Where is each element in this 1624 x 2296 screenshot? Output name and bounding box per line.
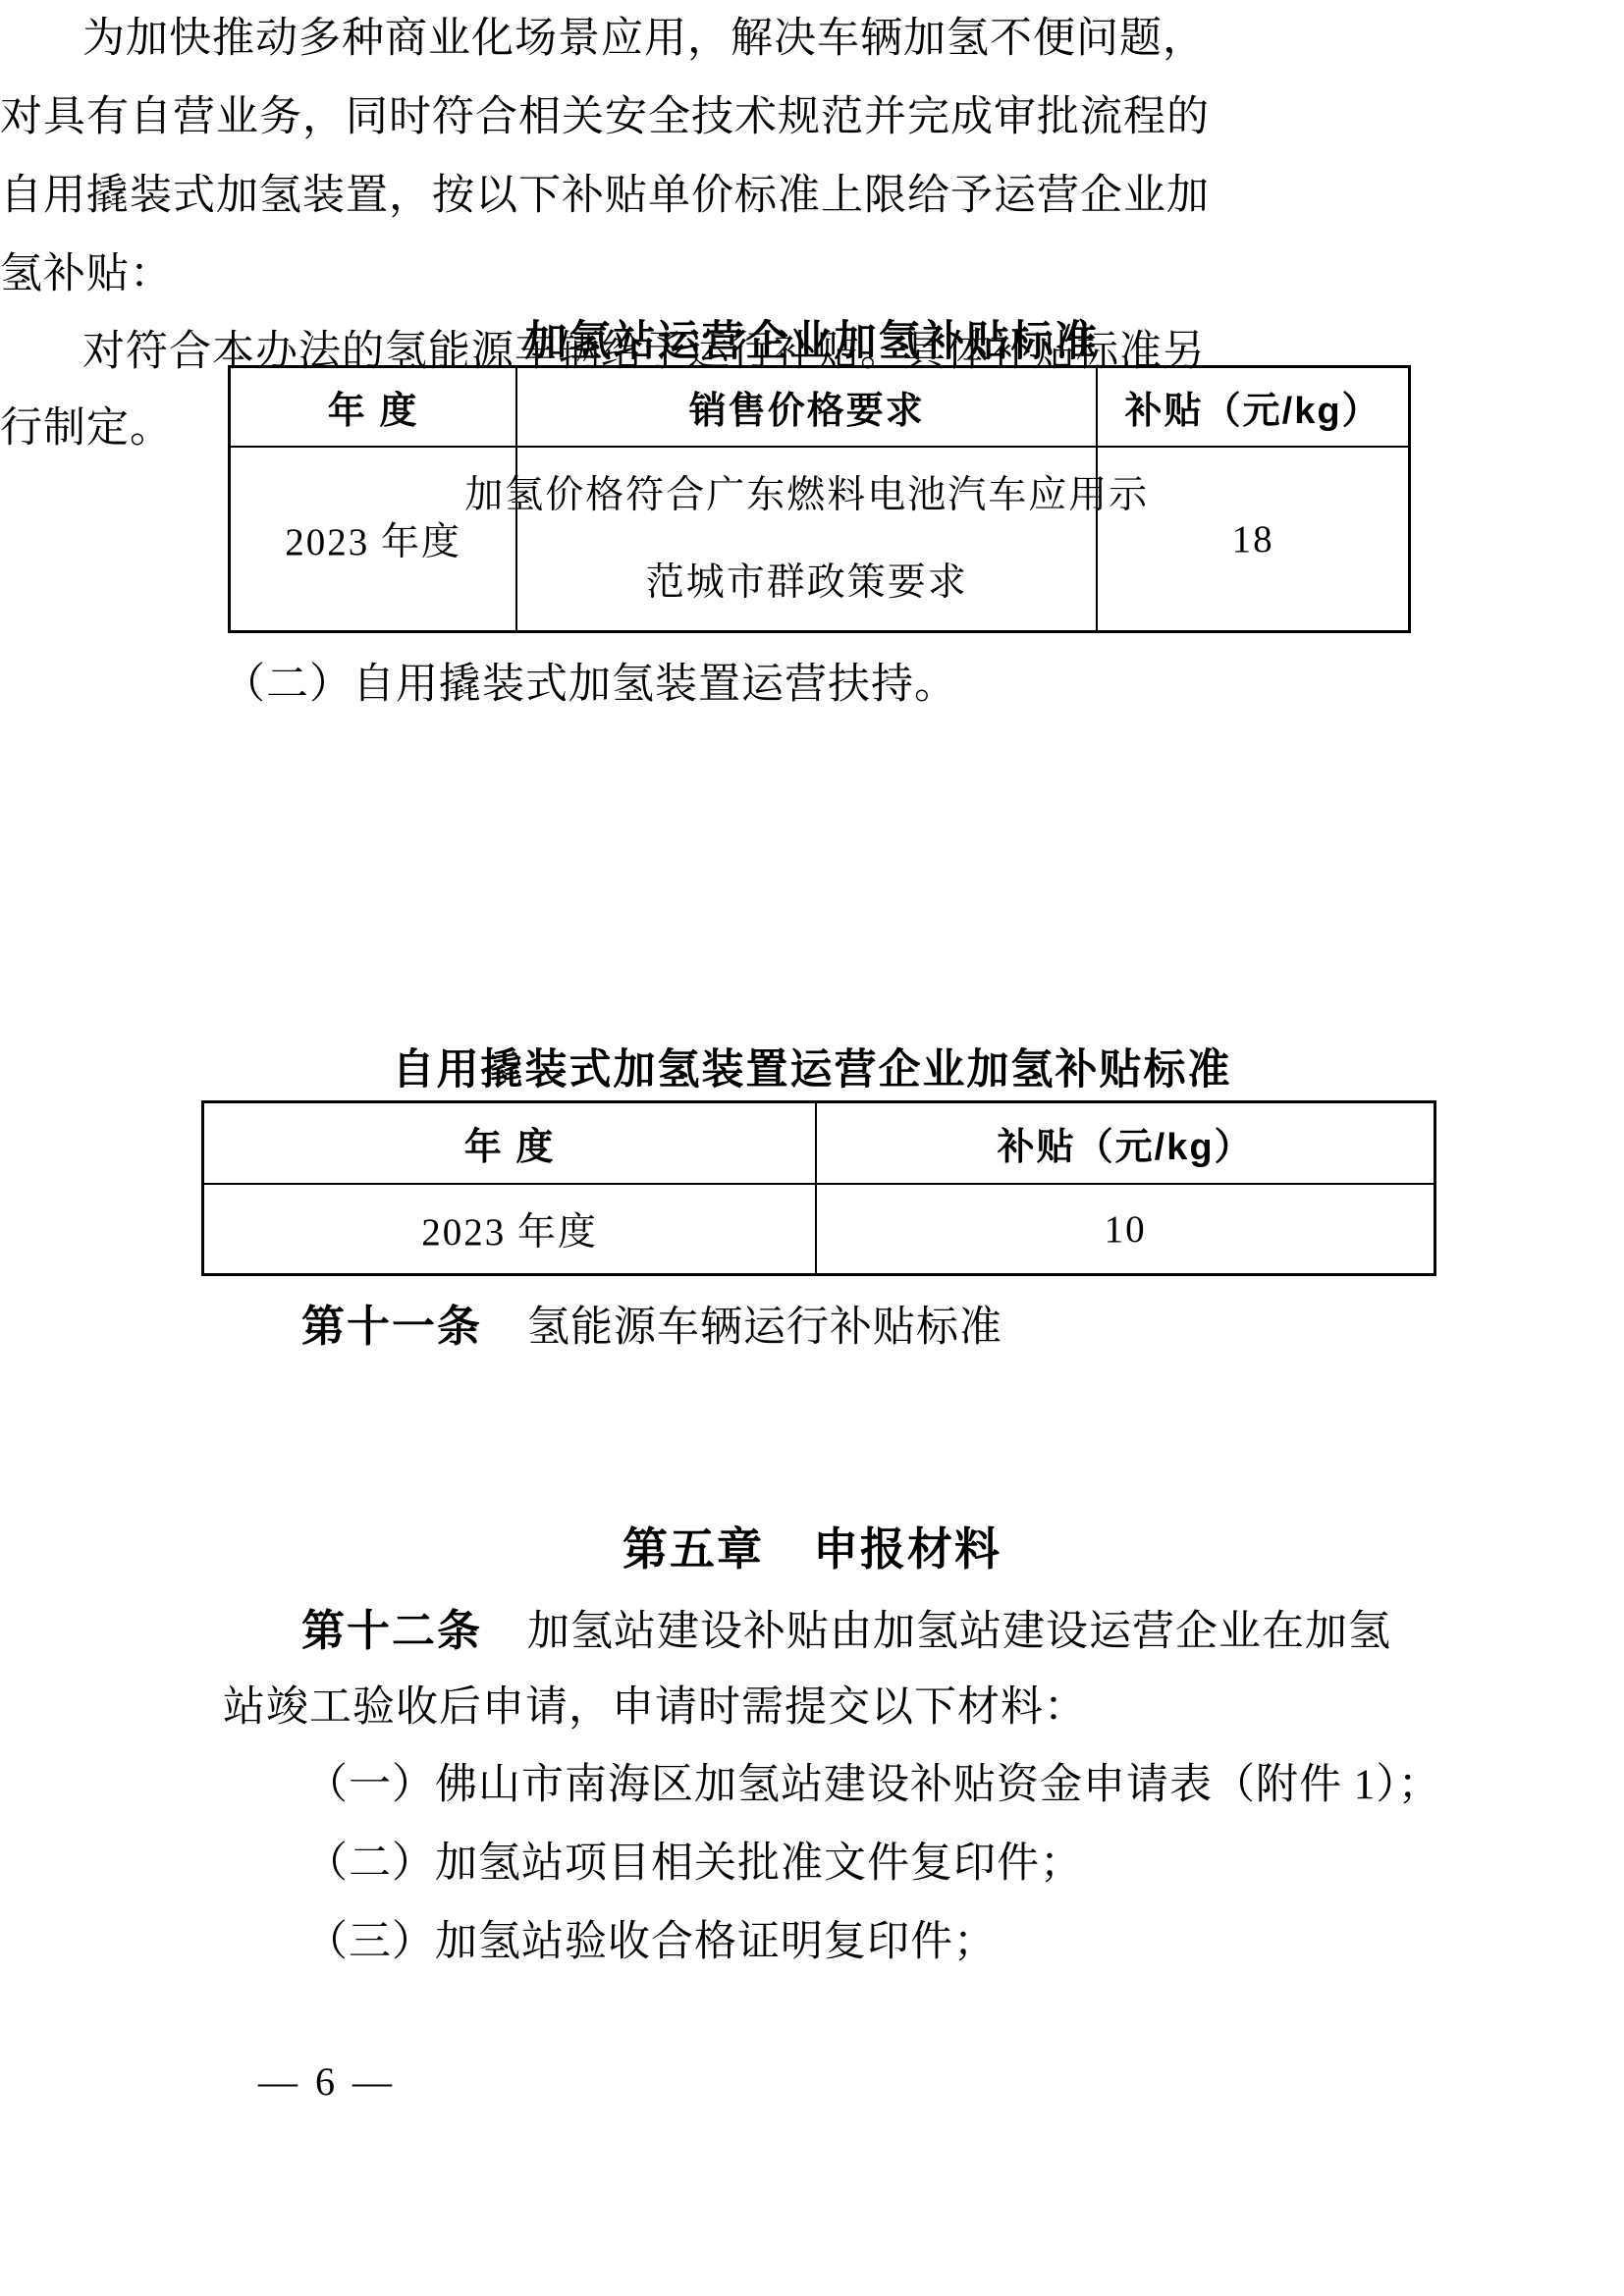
list-item: （二）加氢站项目相关批准文件复印件； — [223, 1825, 1440, 1903]
document-page: 加氢站运营企业加氢补贴标准 年 度 销售价格要求 补贴（元/kg） 2023 年… — [0, 0, 1624, 2296]
paragraph-line: 行制定。 — [0, 391, 1218, 467]
article-12-heading-line: 第十二条 加氢站建设补贴由加氢站建设运营企业在加氢 — [223, 1597, 1440, 1667]
article-11-label: 第十一条 — [301, 1298, 482, 1357]
table2-self-use-subsidy-standard: 年 度 补贴（元/kg） 2023 年度 10 — [201, 1100, 1436, 1276]
subsection-2-paragraph: 为加快推动多种商业化场景应用，解决车辆加氢不便问题， 对具有自营业务，同时符合相… — [0, 0, 1624, 314]
chapter-5-title: 申报材料 — [813, 1523, 1001, 1575]
table2-data-row: 2023 年度 10 — [204, 1185, 1434, 1273]
article-12-text-continued: 站竣工验收后申请，申请时需提交以下材料： — [223, 1674, 1440, 1742]
chapter-5-heading: 第五章申报材料 — [205, 1520, 1419, 1578]
list-item: （一）佛山市南海区加氢站建设补贴资金申请表（附件 1）； — [223, 1746, 1440, 1825]
paragraph-line: 为加快推动多种商业化场景应用，解决车辆加氢不便问题， — [0, 0, 1218, 79]
list-item: （三）加氢站验收合格证明复印件； — [223, 1903, 1440, 1982]
table2-header-year: 年 度 — [204, 1103, 815, 1183]
table1-cell-subsidy-value: 18 — [1096, 448, 1408, 630]
table1-cell-requirement: 加氢价格符合广东燃料电池汽车应用示 范城市群政策要求 — [515, 448, 1096, 630]
subsection-2-heading: （二）自用撬装式加氢装置运营扶持。 — [223, 658, 1440, 713]
table2-header-subsidy: 补贴（元/kg） — [815, 1103, 1434, 1183]
table2-cell-subsidy-value: 10 — [815, 1185, 1434, 1273]
article-12-label: 第十二条 — [301, 1597, 482, 1666]
materials-list: （一）佛山市南海区加氢站建设补贴资金申请表（附件 1）； （二）加氢站项目相关批… — [223, 1746, 1440, 1982]
table2-header-row: 年 度 补贴（元/kg） — [204, 1103, 1434, 1185]
page-number: — 6 — — [258, 2057, 396, 2107]
table1-data-row: 2023 年度 加氢价格符合广东燃料电池汽车应用示 范城市群政策要求 18 — [231, 448, 1408, 630]
table2-caption: 自用撬装式加氢装置运营企业加氢补贴标准 — [205, 1037, 1419, 1096]
paragraph-line: 对符合本办法的氢能源车辆给予运行补贴。具体补贴标准另 — [0, 314, 1218, 391]
paragraph-line: 自用撬装式加氢装置，按以下补贴单价标准上限给予运营企业加 — [0, 157, 1218, 236]
table2-cell-year: 2023 年度 — [204, 1185, 815, 1273]
paragraph-line: 氢补贴： — [0, 236, 1218, 314]
article-12-text-start: 加氢站建设补贴由加氢站建设运营企业在加氢 — [527, 1598, 1391, 1667]
article-11-title: 氢能源车辆运行补贴标准 — [527, 1299, 1002, 1358]
paragraph-line: 对具有自营业务，同时符合相关安全技术规范并完成审批流程的 — [0, 79, 1218, 157]
chapter-5-number: 第五章 — [623, 1523, 764, 1575]
article-11-heading: 第十一条 氢能源车辆运行补贴标准 — [223, 1298, 1440, 1358]
